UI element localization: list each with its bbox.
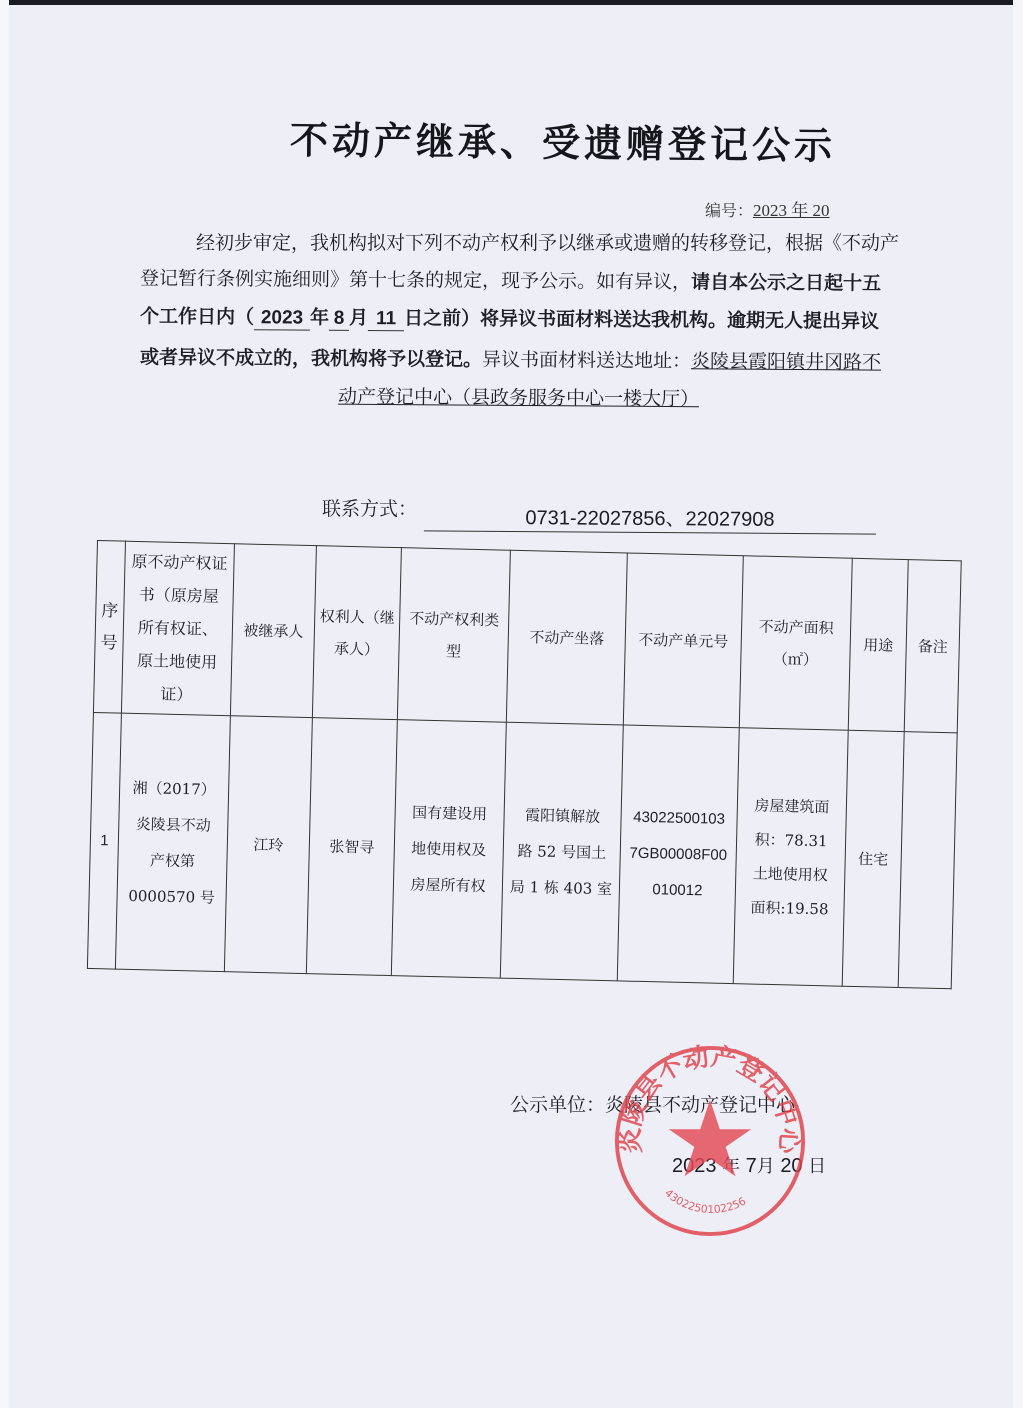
date-day: 20 (780, 1155, 802, 1177)
contact-label: 联系方式： (322, 494, 417, 521)
date-day-char: 日 (808, 1156, 826, 1177)
month-char: 月 (349, 307, 368, 329)
table-header-row: 序号 原不动产权证书（原房屋所有权证、原土地使用证） 被继承人 权利人（继承人）… (93, 541, 961, 733)
seal-ring (617, 1048, 803, 1234)
cell-original-certificate: 湘（2017）炎陵县不动产权第0000570 号 (115, 713, 230, 971)
date-year: 2023 (672, 1155, 717, 1177)
publishing-unit-name: 炎陵县不动产登记中心 (605, 1094, 795, 1116)
document-number-label: 编号： (705, 201, 753, 220)
cell-area: 房屋建筑面积：78.31土地使用权面积:19.58 (733, 728, 848, 986)
deadline-year: 2023 (254, 307, 310, 330)
publish-date: 2023 年 7月 20 日 (672, 1152, 826, 1178)
cell-remark (898, 732, 957, 989)
paragraph-text: 个工作日内（ (140, 305, 254, 328)
header-unit-number: 不动产单元号 (623, 553, 743, 728)
table-row: 1 湘（2017）炎陵县不动产权第0000570 号 江玲 张智寻 国有建设用地… (87, 712, 957, 988)
cell-location: 霞阳镇解放路 52 号国土局 1 栋 403 室 (500, 722, 623, 981)
document-number-value: 2023 年 20 (753, 201, 830, 220)
cell-right-holder: 张智寻 (306, 718, 397, 976)
paragraph-line-2: 登记暂行条例实施细则》第十七条的规定，现予公示。如有异议，请自本公示之日起十五 (140, 263, 881, 295)
contact-value: 0731-22027856、22027908 (424, 500, 876, 534)
document-page: 不动产继承、受遗赠登记公示 编号：2023 年 20 经初步审定，我机构拟对下列… (0, 0, 1023, 1408)
paragraph-line-3: 个工作日内（2023年8月11日之前）将异议书面材料送达我机构。逾期无人提出异议 (140, 301, 879, 334)
cell-unit-number: 430225001037GB00008F00010012 (617, 725, 739, 984)
header-original-certificate: 原不动产权证书（原房屋所有权证、原土地使用证） (121, 541, 234, 716)
paragraph-line-5: 动产登记中心（县政务服务中心一楼大厅） (338, 382, 715, 412)
objection-notice-bold: 请自本公示之日起十五 (691, 271, 881, 294)
cell-decedent: 江玲 (224, 716, 312, 974)
header-usage: 用途 (848, 558, 908, 731)
header-decedent: 被继承人 (230, 544, 316, 718)
paragraph-text: 登记暂行条例实施细则》第十七条的规定，现予公示。如有异议， (140, 267, 691, 293)
paragraph-text: 经初步审定，我机构拟对下列不动产权利予以继承或遗赠的转移登记，根据《不动产 (196, 232, 899, 254)
paragraph-line-1: 经初步审定，我机构拟对下列不动产权利予以继承或遗赠的转移登记，根据《不动产 (196, 228, 899, 255)
year-char: 年 (310, 307, 329, 329)
deadline-month: 8 (329, 308, 349, 331)
header-remark: 备注 (904, 560, 961, 733)
header-location: 不动产坐落 (506, 550, 627, 725)
date-month: 7 (746, 1155, 757, 1177)
address-value-part1: 炎陵县霞阳镇井冈路不 (691, 350, 881, 373)
publishing-unit: 公示单位：炎陵县不动产登记中心 (510, 1090, 795, 1117)
deadline-day: 11 (368, 308, 404, 331)
paragraph-line-4: 或者异议不成立的，我机构将予以登记。异议书面材料送达地址：炎陵县霞阳镇井冈路不 (140, 342, 881, 374)
paragraph-text: 日之前）将异议书面材料送达我机构。逾期无人提出异议 (404, 307, 879, 332)
header-seq: 序号 (93, 541, 125, 714)
document-title: 不动产继承、受遗赠登记公示 (290, 109, 831, 170)
official-seal: 炎陵县不动产登记中心 4302250102256 (612, 1043, 808, 1239)
paragraph-text-bold: 或者异议不成立的，我机构将予以登记。 (140, 346, 482, 370)
document-number: 编号：2023 年 20 (705, 196, 830, 221)
date-month-char: 月 (757, 1156, 775, 1177)
header-area: 不动产面积（㎡） (739, 556, 852, 731)
cell-right-type: 国有建设用地使用权及房屋所有权 (391, 720, 506, 978)
registration-table: 序号 原不动产权证书（原房屋所有权证、原土地使用证） 被继承人 权利人（继承人）… (87, 540, 962, 989)
date-year-char: 年 (722, 1156, 740, 1177)
address-value-part2: 动产登记中心（县政务服务中心一楼大厅） (338, 386, 715, 411)
address-label: 异议书面材料送达地址： (482, 349, 691, 372)
header-right-type: 不动产权利类型 (397, 548, 510, 723)
seal-number: 4302250102256 (662, 1186, 748, 1216)
publishing-unit-label: 公示单位： (510, 1094, 605, 1116)
cell-usage: 住宅 (842, 730, 904, 987)
header-right-holder: 权利人（继承人） (312, 546, 401, 720)
